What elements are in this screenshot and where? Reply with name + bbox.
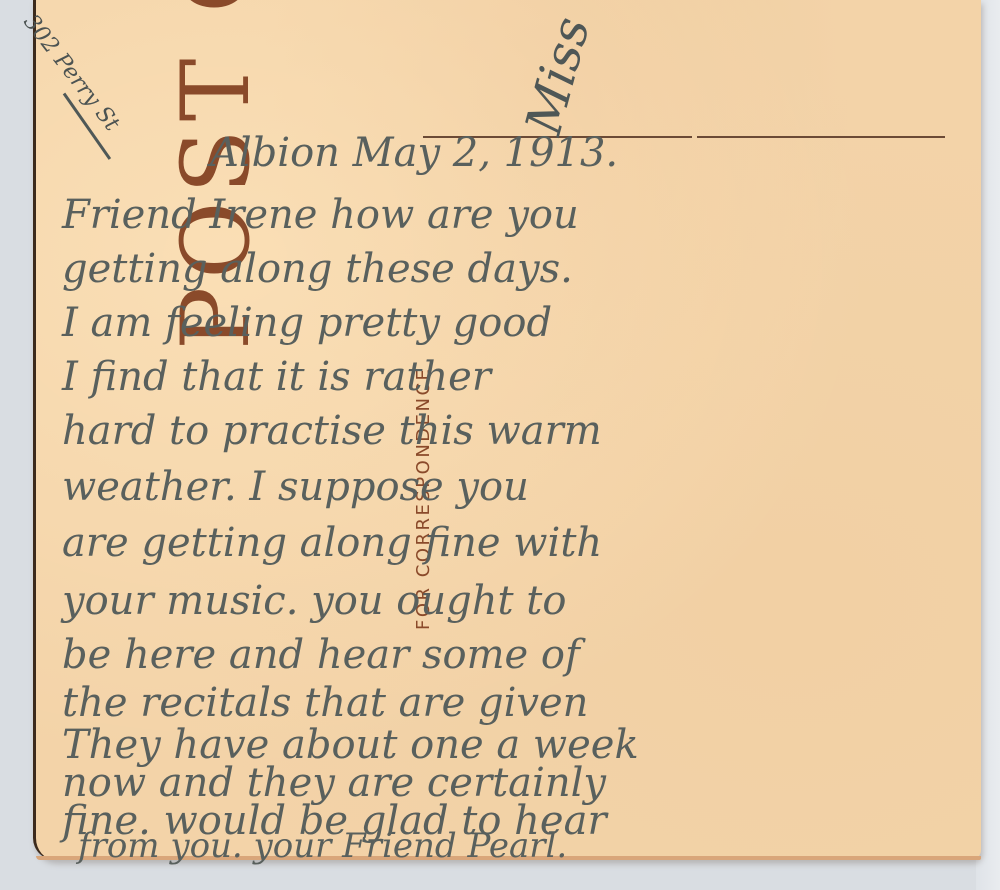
handwritten-line: Friend Irene how are you (62, 192, 579, 238)
handwritten-line: the recitals that are given (62, 680, 588, 726)
handwritten-line: your music. you ought to (62, 578, 566, 624)
handwritten-line: are getting along fine with (62, 520, 602, 566)
handwritten-line: I find that it is rather (62, 354, 491, 400)
handwritten-line: I am feeling pretty good (62, 300, 552, 346)
handwritten-line: hard to practise this warm (62, 408, 602, 454)
handwritten-place-date: Albion May 2, 1913. (210, 130, 618, 176)
handwritten-line: getting along these days. (62, 246, 573, 292)
handwritten-line: weather. I suppose you (62, 464, 529, 510)
handwritten-line: be here and hear some of (62, 632, 580, 678)
handwritten-closing-signature: from you. your Friend Pearl. (78, 826, 567, 866)
divider-gap (692, 134, 697, 140)
